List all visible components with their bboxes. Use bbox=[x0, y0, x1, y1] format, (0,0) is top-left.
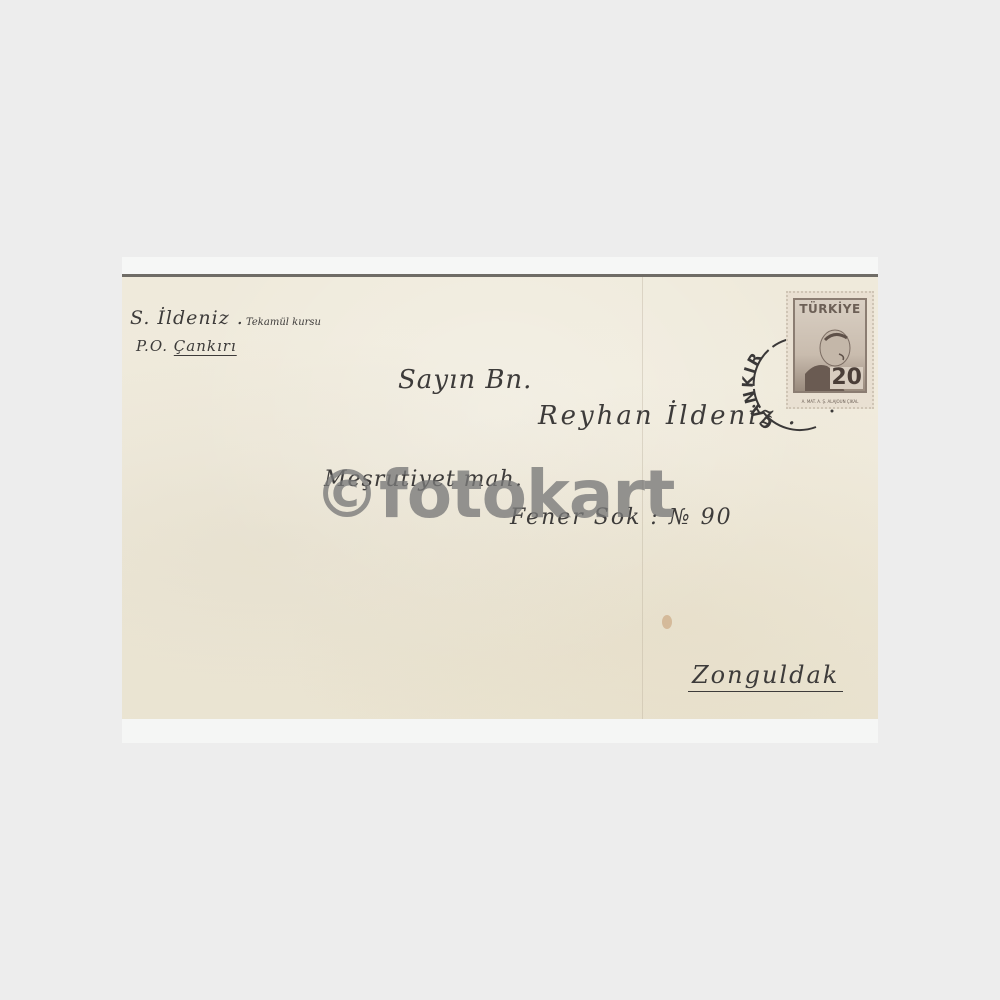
sender-city: P.O. Çankırı bbox=[136, 337, 237, 355]
recipient-city: Zonguldak bbox=[688, 661, 843, 692]
recipient-street-1: Meşrutiyet mah. bbox=[324, 467, 523, 492]
sender-note: Tekamül kursu bbox=[246, 317, 321, 328]
sender-name: S. İldeniz . bbox=[130, 307, 244, 329]
paper-stain bbox=[662, 615, 672, 629]
sender-city-name: Çankırı bbox=[174, 337, 237, 355]
recipient-salutation: Sayın Bn. bbox=[398, 365, 532, 395]
letter-sheet-bottom-edge bbox=[122, 719, 878, 743]
postage-stamp: TÜRKİYE 20 A. MAT. A. Ş. ALAJOUN ÇIKAL bbox=[786, 291, 874, 409]
recipient-street-2: Fener Sok : № 90 bbox=[510, 505, 733, 530]
stamp-country: TÜRKİYE bbox=[795, 302, 865, 316]
stamp-value: 20 bbox=[830, 367, 863, 389]
fold-line bbox=[642, 277, 643, 720]
envelope: S. İldeniz . Tekamül kursu P.O. Çankırı … bbox=[122, 274, 878, 720]
svg-text:ÇANKIR: ÇANKIR bbox=[739, 348, 777, 433]
postmark-text: ÇANKIR bbox=[739, 348, 777, 433]
sender-city-prefix: P.O. bbox=[136, 337, 168, 355]
stamp-printer: A. MAT. A. Ş. ALAJOUN ÇIKAL bbox=[788, 399, 872, 404]
